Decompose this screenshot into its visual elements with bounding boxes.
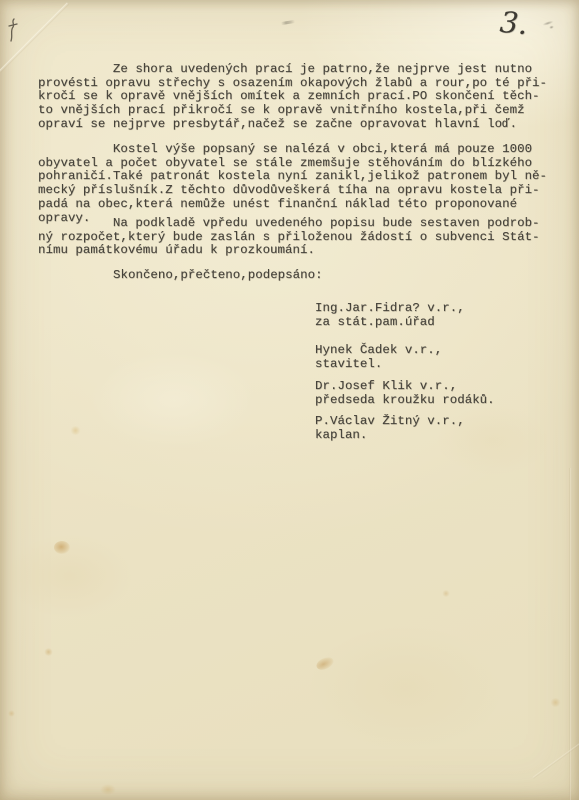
signature-name: Ing.Jar.Fidra? v.r., bbox=[315, 301, 465, 315]
signature-block: Ing.Jar.Fidra? v.r., za stát.pam.úřad bbox=[315, 302, 465, 329]
signature-title: za stát.pam.úřad bbox=[315, 315, 435, 329]
signature-block: P.Václav Žitný v.r., kaplan. bbox=[315, 415, 465, 442]
paragraph: Kostel výše popsaný se nalézá v obci,kte… bbox=[38, 143, 547, 225]
stain bbox=[54, 541, 70, 554]
pencil-dash bbox=[281, 20, 295, 25]
paragraph: Ze shora uvedených prací je patrno,že ne… bbox=[38, 63, 547, 132]
stain bbox=[100, 784, 116, 795]
stain bbox=[70, 426, 81, 435]
stain bbox=[550, 698, 561, 707]
stain bbox=[8, 710, 15, 717]
signature-title: předseda kroužku rodáků. bbox=[315, 393, 495, 407]
signature-name: P.Václav Žitný v.r., bbox=[315, 414, 465, 428]
stain bbox=[44, 648, 53, 656]
fold-crease-right-edge bbox=[569, 468, 571, 800]
corner-ink-mark bbox=[6, 17, 20, 43]
stain bbox=[315, 655, 336, 673]
signature-block: Hynek Čadek v.r., stavitel. bbox=[315, 344, 442, 371]
document-page: 3. Ze shora uvedených prací je patrno,že… bbox=[0, 0, 579, 800]
signature-name: Dr.Josef Klik v.r., bbox=[315, 379, 457, 393]
fold-crease-bottom-right bbox=[533, 727, 579, 779]
page-number: 3. bbox=[499, 5, 530, 41]
paragraph: Na podkladě vpředu uvedeného popisu bude… bbox=[38, 217, 540, 258]
closing-line: Skončeno,přečteno,podepsáno: bbox=[113, 269, 323, 283]
stain bbox=[442, 590, 450, 597]
signature-name: Hynek Čadek v.r., bbox=[315, 343, 442, 357]
signature-title: stavitel. bbox=[315, 357, 382, 371]
signature-title: kaplan. bbox=[315, 428, 367, 442]
signature-block: Dr.Josef Klik v.r., předseda kroužku rod… bbox=[315, 380, 495, 407]
pencil-smudge bbox=[540, 18, 557, 33]
